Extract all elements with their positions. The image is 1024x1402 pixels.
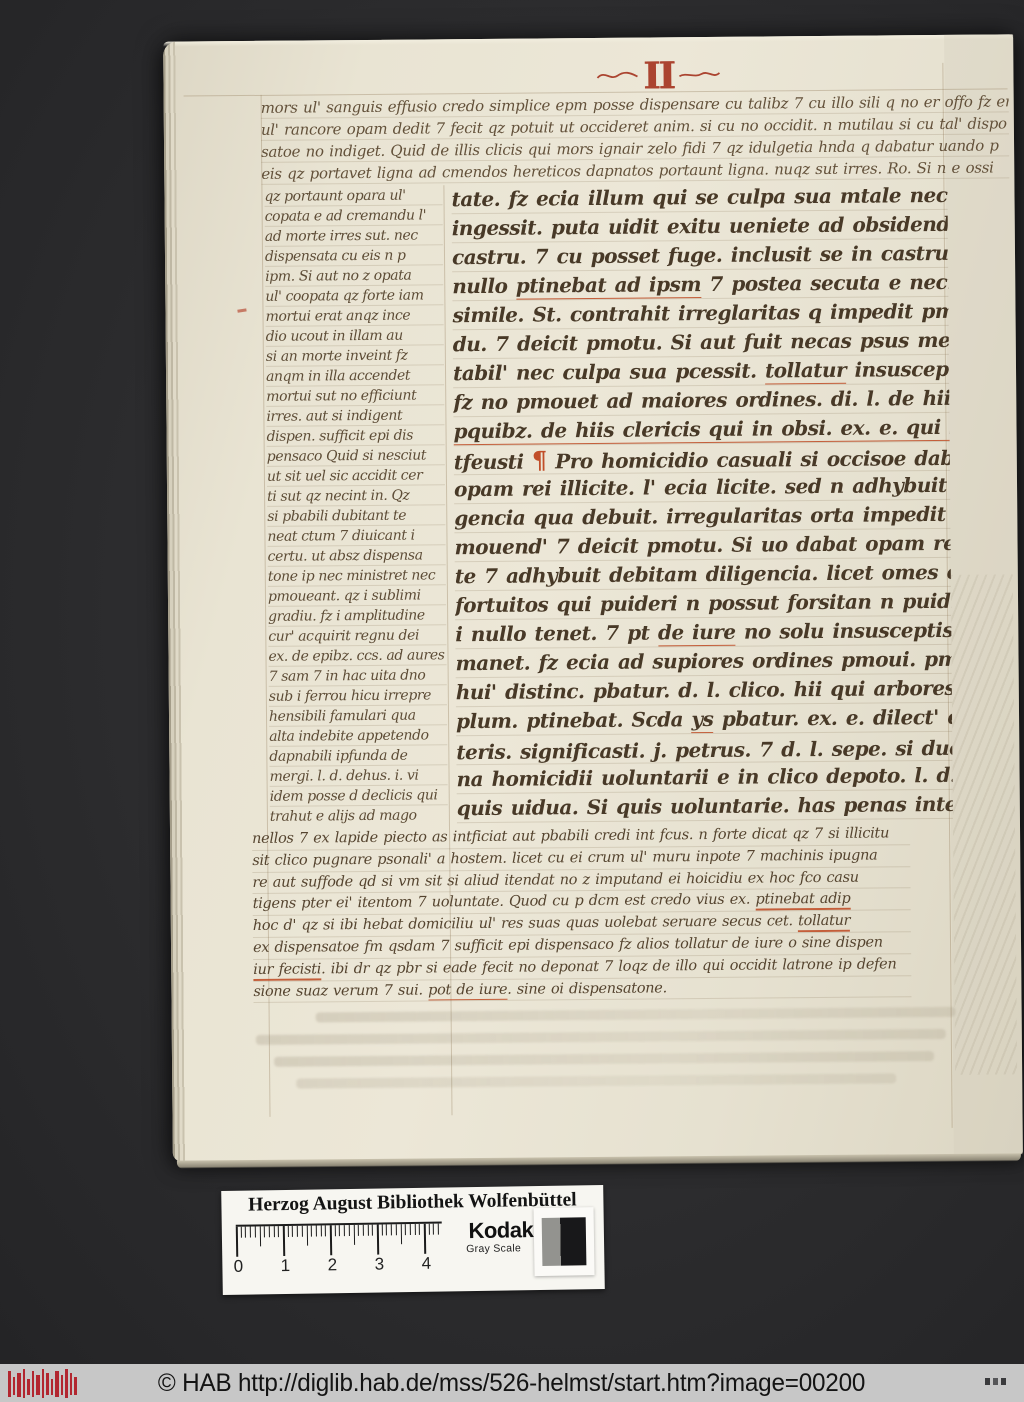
ruler-tick bbox=[433, 1224, 434, 1235]
left-column-followup-line: trahut e alijs ad mago bbox=[270, 805, 460, 827]
card-scale-row: 01234 Kodak Gray Scale bbox=[230, 1215, 597, 1287]
copyright-text: © HAB http://diglib.hab.de/mss/526-helms… bbox=[158, 1369, 865, 1398]
left-column-line: dispensata cu eis n p bbox=[265, 245, 443, 267]
ruler-tick bbox=[410, 1224, 411, 1235]
main-column-line: fortuitos qui puideri n possut forsitan … bbox=[455, 587, 951, 620]
ruler-number: 4 bbox=[420, 1254, 432, 1274]
ruler-tick bbox=[400, 1224, 401, 1244]
print-calibration-marks-icon bbox=[985, 1378, 1006, 1385]
ruler-tick bbox=[414, 1224, 415, 1235]
ruler-tick bbox=[292, 1226, 293, 1237]
ghost-text-line bbox=[274, 1051, 934, 1067]
ruler-tick bbox=[367, 1225, 368, 1236]
left-column-line: si an morte inveint fz bbox=[266, 345, 444, 367]
left-column-line: cur' acquirit regnu dei bbox=[268, 625, 446, 647]
main-column-line: i nullo tenet. 7 pt de iure no solu insu… bbox=[455, 616, 951, 649]
main-column-line: manet. fz ecia ad supiores ordines pmoui… bbox=[455, 645, 951, 678]
left-column-line: mergi. l. d. dehus. i. vi bbox=[269, 765, 447, 787]
main-column-line: tabil' nec culpa sua pcessit. tollatur i… bbox=[453, 355, 949, 388]
left-column-line: anqm in illa accendet bbox=[266, 365, 444, 387]
left-column-line: dapnabili ipfunda de bbox=[269, 745, 447, 767]
ruler-tick bbox=[236, 1227, 238, 1257]
copyright-strip: © HAB http://diglib.hab.de/mss/526-helms… bbox=[0, 1364, 1024, 1402]
ruler-tick bbox=[372, 1225, 373, 1236]
folio-number: II bbox=[643, 55, 674, 95]
left-column-line: ul' coopata qz forte iam bbox=[265, 285, 443, 307]
ghost-text-line bbox=[256, 1029, 946, 1045]
ruler-tick bbox=[255, 1226, 256, 1237]
left-column-line: ti sut qz necint in. Qz bbox=[267, 485, 445, 507]
ruler-tick bbox=[349, 1225, 350, 1236]
left-column-line: pensaco Quid si nesciut bbox=[267, 445, 445, 467]
left-column-line: gradiu. fz i amplitudine bbox=[268, 605, 446, 627]
gray-scale-label: Gray Scale bbox=[458, 1242, 544, 1255]
ruler-number: 3 bbox=[373, 1254, 385, 1274]
main-column-line: ingessit. puta uidit exitu ueniete ad ob… bbox=[452, 210, 948, 243]
left-column-line: copata e ad cremandu l' bbox=[265, 205, 443, 227]
left-column-line: alta indebite appetendo bbox=[269, 725, 447, 747]
main-column-line: na homicidii uoluntarii e in clico depot… bbox=[456, 761, 952, 794]
left-column-line: tone ip nec ministret nec bbox=[268, 565, 446, 587]
main-column-line: castru. 7 cu posset fuge. inclusit se in… bbox=[452, 239, 948, 272]
ruler-tick bbox=[391, 1224, 392, 1235]
main-column-line: gencia qua debuit. irregularitas orta im… bbox=[454, 500, 950, 533]
gray-black-swatch bbox=[542, 1217, 587, 1266]
ruler-tick bbox=[302, 1226, 303, 1237]
header-text-block: mors ul' sanguis effusio credo simplice … bbox=[261, 90, 1010, 185]
ruler-numbers: 01234 bbox=[232, 1254, 432, 1277]
ruler-tick bbox=[358, 1225, 359, 1236]
ruler-tick bbox=[353, 1225, 354, 1245]
ruler-tick bbox=[273, 1226, 274, 1237]
ruler-tick bbox=[344, 1225, 345, 1236]
ruler-scale: 01234 bbox=[236, 1221, 447, 1280]
margin-red-mark bbox=[237, 308, 246, 312]
left-column-line: si pbabili dubitant te bbox=[267, 505, 445, 527]
left-column-line: hensibili famulari qua bbox=[269, 705, 447, 727]
ruler-tick bbox=[283, 1226, 285, 1256]
ruler-tick bbox=[377, 1225, 379, 1255]
left-column-line: certu. ut absz dispensa bbox=[268, 545, 446, 567]
ruler-tick bbox=[264, 1226, 265, 1237]
gray-scale-patch bbox=[534, 1207, 595, 1276]
left-column-line: idem posse d declicis qui bbox=[270, 785, 448, 807]
main-column-line: te 7 adhybuit debitam diligencia. licet … bbox=[455, 558, 951, 591]
bottom-block-line: sione suaz verum 7 sui. pot de iure. sin… bbox=[253, 976, 911, 1004]
left-column-line: 7 sam 7 in hac uita dno bbox=[269, 665, 447, 687]
calibration-barcode-icon bbox=[6, 1367, 106, 1400]
rubric-flourish-left bbox=[596, 68, 638, 84]
ruler-tick bbox=[419, 1224, 420, 1235]
main-column-line: teris. significasti. j. petrus. 7 d. l. … bbox=[456, 732, 952, 765]
left-column-line: neat ctum 7 diuicant i bbox=[267, 525, 445, 547]
ruler-number: 1 bbox=[279, 1256, 291, 1276]
ruler-tick bbox=[428, 1224, 429, 1235]
ruler-tick bbox=[311, 1226, 312, 1237]
main-column-line: fz no pmouet ad maiores ordines. di. l. … bbox=[453, 384, 949, 417]
kodak-brand-label: Kodak bbox=[458, 1218, 544, 1243]
left-column-line: pmoueant. qz i sublimi bbox=[268, 585, 446, 607]
ruler-tick bbox=[306, 1226, 307, 1246]
main-column-text: tate. fz ecia illum qui se culpa sua mta… bbox=[451, 181, 953, 823]
left-column-line: irres. aut si indigent bbox=[266, 405, 444, 427]
ruler-tick bbox=[320, 1225, 321, 1236]
left-column-line: ut sit uel sic accidit cer bbox=[267, 465, 445, 487]
ruler-tick bbox=[287, 1226, 288, 1237]
ruler-tick bbox=[405, 1224, 406, 1235]
ruler-tick bbox=[240, 1227, 241, 1238]
verso-show-through bbox=[256, 1007, 957, 1101]
left-column-line: dio ucout in illam au bbox=[266, 325, 444, 347]
photo-background: II mors ul' sanguis effusio credo simpli… bbox=[0, 0, 1024, 1364]
ruler-tick bbox=[339, 1225, 340, 1236]
main-column-line: opam rei illicite. l' ecia licite. sed n… bbox=[454, 471, 950, 504]
ruler-tick bbox=[396, 1224, 397, 1235]
ghost-text-line bbox=[316, 1007, 956, 1023]
page-edge-stack bbox=[163, 42, 188, 1162]
kodak-logo-block: Kodak Gray Scale bbox=[458, 1218, 545, 1255]
left-column-line: ipm. Si aut no z opata bbox=[265, 265, 443, 287]
left-column-line: qz portaunt opara ul' bbox=[264, 185, 442, 207]
ruler-tick bbox=[245, 1227, 246, 1238]
left-column-line: ad morte irres sut. nec bbox=[265, 225, 443, 247]
left-column-text: qz portaunt opara ul'copata e ad cremand… bbox=[264, 185, 447, 807]
show-through-hatch bbox=[951, 574, 1017, 1075]
bottom-text-block: nellos 7 ex lapide piecto as intficiat a… bbox=[252, 823, 911, 1003]
main-column-line: plum. ptinebat. Scda ys pbatur. ex. e. d… bbox=[456, 703, 952, 736]
manuscript-page: II mors ul' sanguis effusio credo simpli… bbox=[163, 34, 1023, 1161]
ruler-tick bbox=[438, 1224, 439, 1235]
main-column-line: mouend' 7 deicit pmotu. Si uo dabat opam… bbox=[454, 529, 950, 562]
main-column-line: quis uidua. Si quis uoluntarie. has pena… bbox=[457, 790, 953, 823]
left-column-line: mortui sut no efficiunt bbox=[266, 385, 444, 407]
left-column-line: dispen. sufficit epi dis bbox=[266, 425, 444, 447]
main-column-line: nullo ptinebat ad ipsm 7 postea secuta e… bbox=[452, 268, 948, 301]
ruler-tick bbox=[424, 1224, 426, 1254]
left-column-line: mortui erat anqz ince bbox=[265, 305, 443, 327]
ruler-tick bbox=[363, 1225, 364, 1236]
left-column-line: sub i ferrou hicu irrepre bbox=[269, 685, 447, 707]
main-column-line: hui' distinc. pbatur. d. l. clico. hii q… bbox=[456, 674, 952, 707]
ruler-tick bbox=[334, 1225, 335, 1236]
ruler-tick bbox=[259, 1226, 260, 1246]
ruler-tick bbox=[278, 1226, 279, 1237]
ruler-tick bbox=[386, 1224, 387, 1235]
ruler-tick bbox=[269, 1226, 270, 1237]
rubric-flourish-right bbox=[679, 67, 721, 83]
ruler-tick bbox=[330, 1225, 332, 1255]
main-column-line: pquibz. de hiis clericis qui in obsi. ex… bbox=[453, 413, 949, 446]
ruler-tick bbox=[250, 1227, 251, 1238]
ghost-text-line bbox=[296, 1073, 896, 1088]
ruler-tick bbox=[325, 1225, 326, 1236]
ruler-tick bbox=[297, 1226, 298, 1237]
main-column-line: simile. St. contrahit irreglaritas q imp… bbox=[452, 297, 948, 330]
main-column-line: du. 7 deicit pmotu. Si aut fuit necas ps… bbox=[453, 326, 949, 359]
ruler-tick bbox=[316, 1226, 317, 1237]
ruler-number: 2 bbox=[326, 1255, 338, 1275]
main-column-line: tate. fz ecia illum qui se culpa sua mta… bbox=[451, 181, 947, 214]
kodak-gray-scale-card: Herzog August Bibliothek Wolfenbüttel 01… bbox=[221, 1185, 605, 1295]
main-column-line: tfeusti ¶ Pro homicidio casuali si occis… bbox=[454, 442, 950, 475]
ruler-tick bbox=[381, 1224, 382, 1235]
ruler-number: 0 bbox=[232, 1257, 244, 1277]
left-column-line: ex. de epibz. ccs. ad aures bbox=[268, 645, 446, 667]
digitized-manuscript-scan: II mors ul' sanguis effusio credo simpli… bbox=[0, 0, 1024, 1402]
